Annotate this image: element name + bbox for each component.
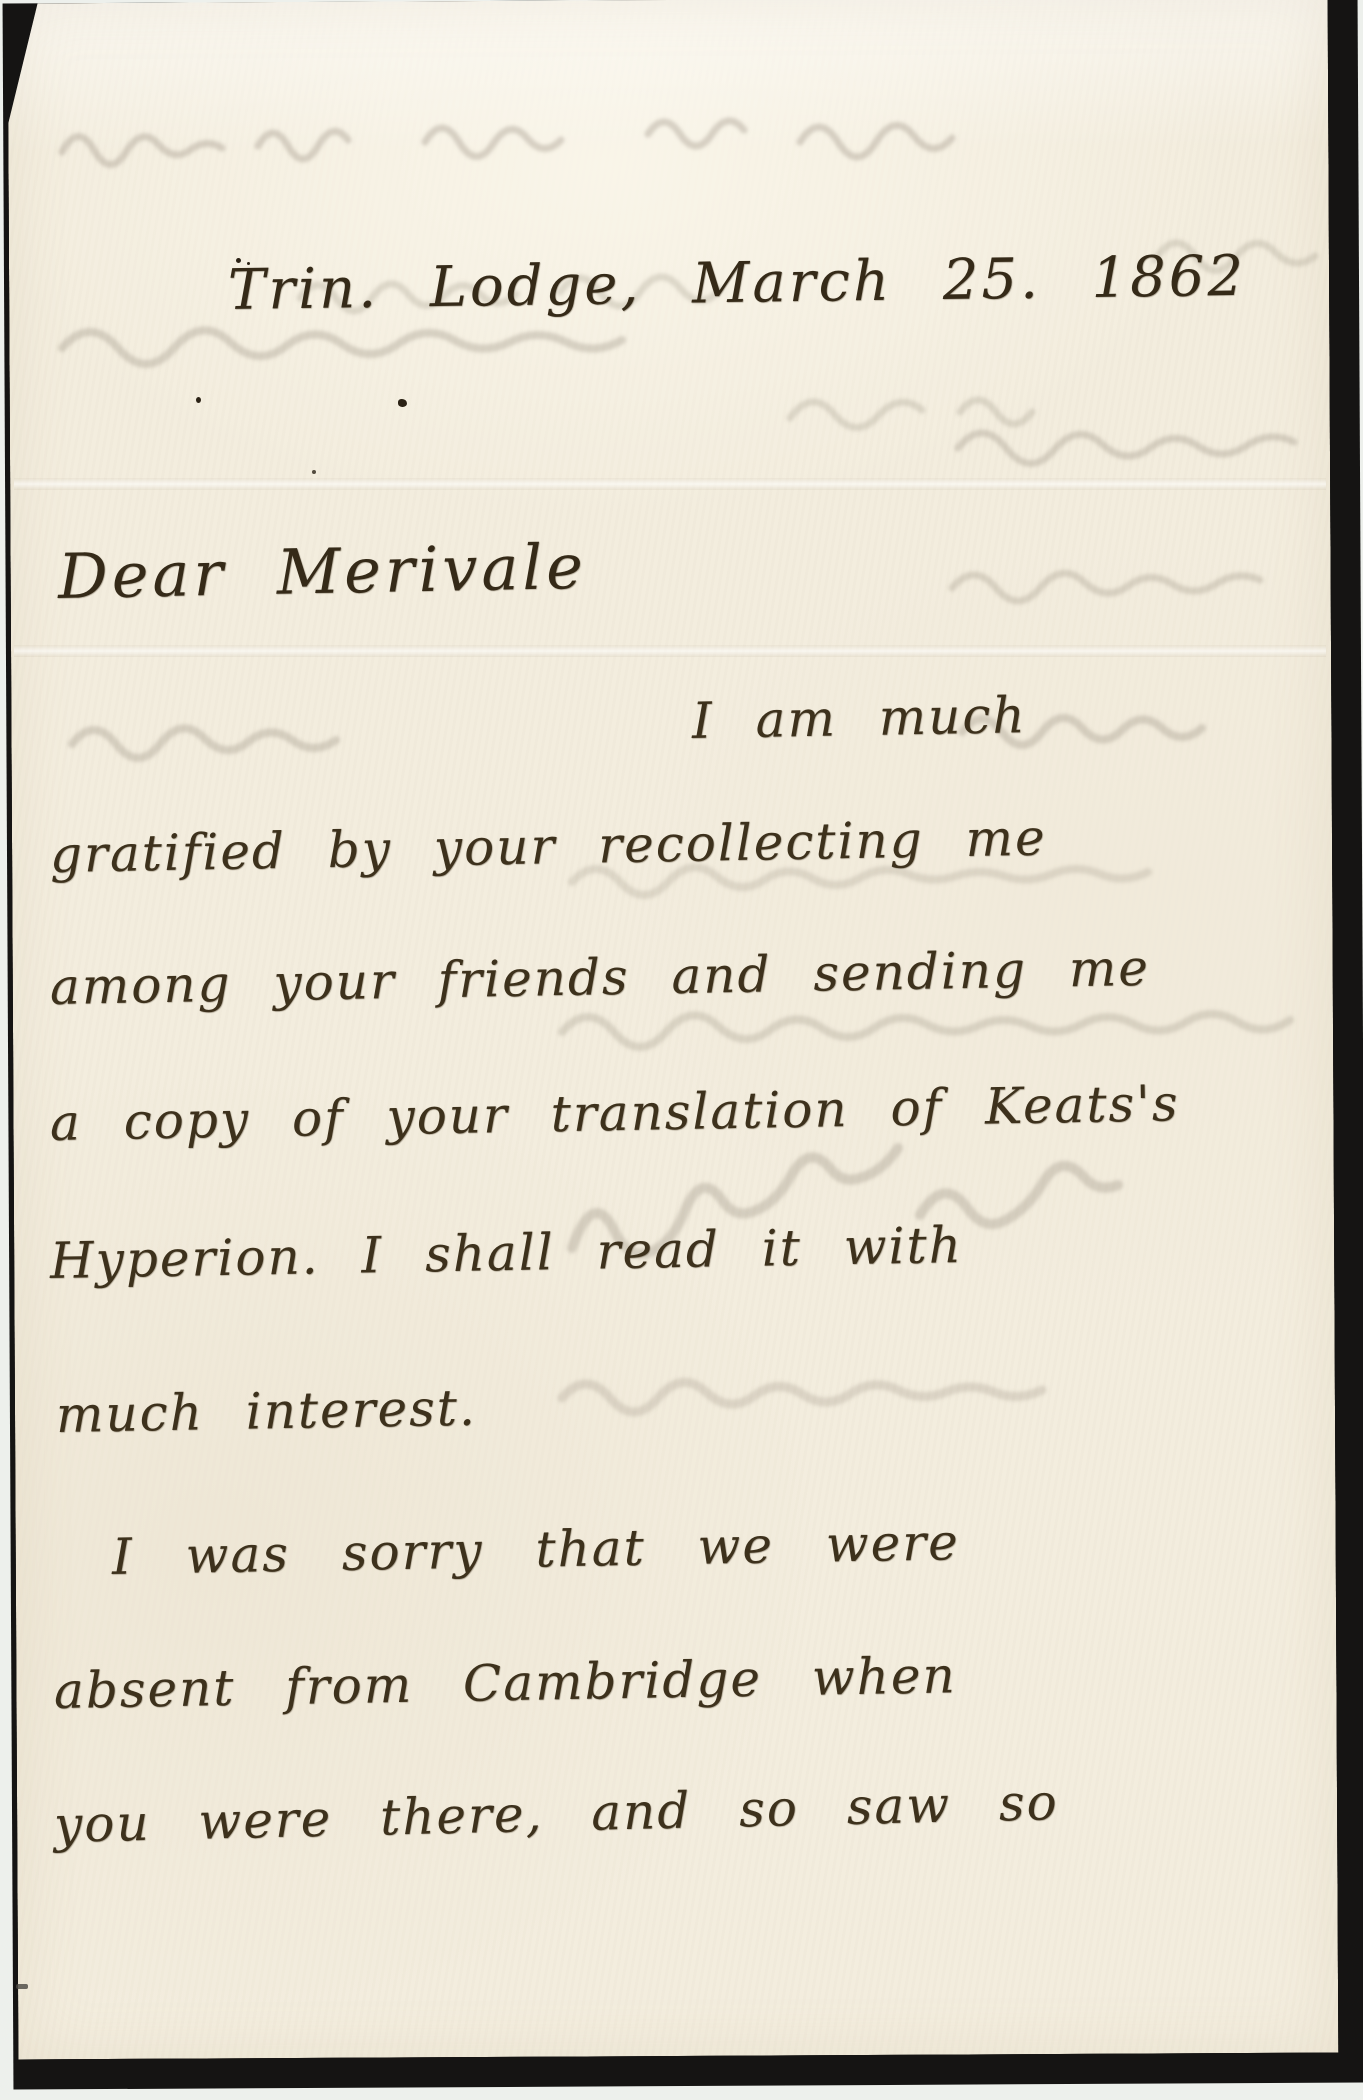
salutation: Dear Merivale <box>57 530 587 613</box>
body-line: among your friends and sending me <box>49 939 1150 1016</box>
ink-speck <box>16 1984 28 1989</box>
fold-crease <box>14 645 1326 657</box>
ink-speck <box>196 397 201 403</box>
ink-speck <box>398 399 407 407</box>
body-line: absent from Cambridge when <box>53 1646 957 1720</box>
letter-content: Trin. Lodge, March 25. 1862 Dear Merival… <box>0 0 1363 2100</box>
ink-speck <box>312 470 316 474</box>
body-line: you were there, and so saw so <box>53 1773 1059 1854</box>
body-line: Hyperion. I shall read it with <box>49 1216 963 1290</box>
body-line: gratified by your recollecting me <box>49 809 1047 884</box>
body-line: a copy of your translation of Keats's <box>49 1074 1179 1152</box>
ink-speck <box>236 258 241 263</box>
dateline: Trin. Lodge, March 25. 1862 <box>228 244 1247 323</box>
body-line: I was sorry that we were <box>111 1513 960 1586</box>
fold-crease <box>14 478 1326 490</box>
body-line: I am much <box>691 686 1027 750</box>
body-line: much interest. <box>55 1379 477 1444</box>
